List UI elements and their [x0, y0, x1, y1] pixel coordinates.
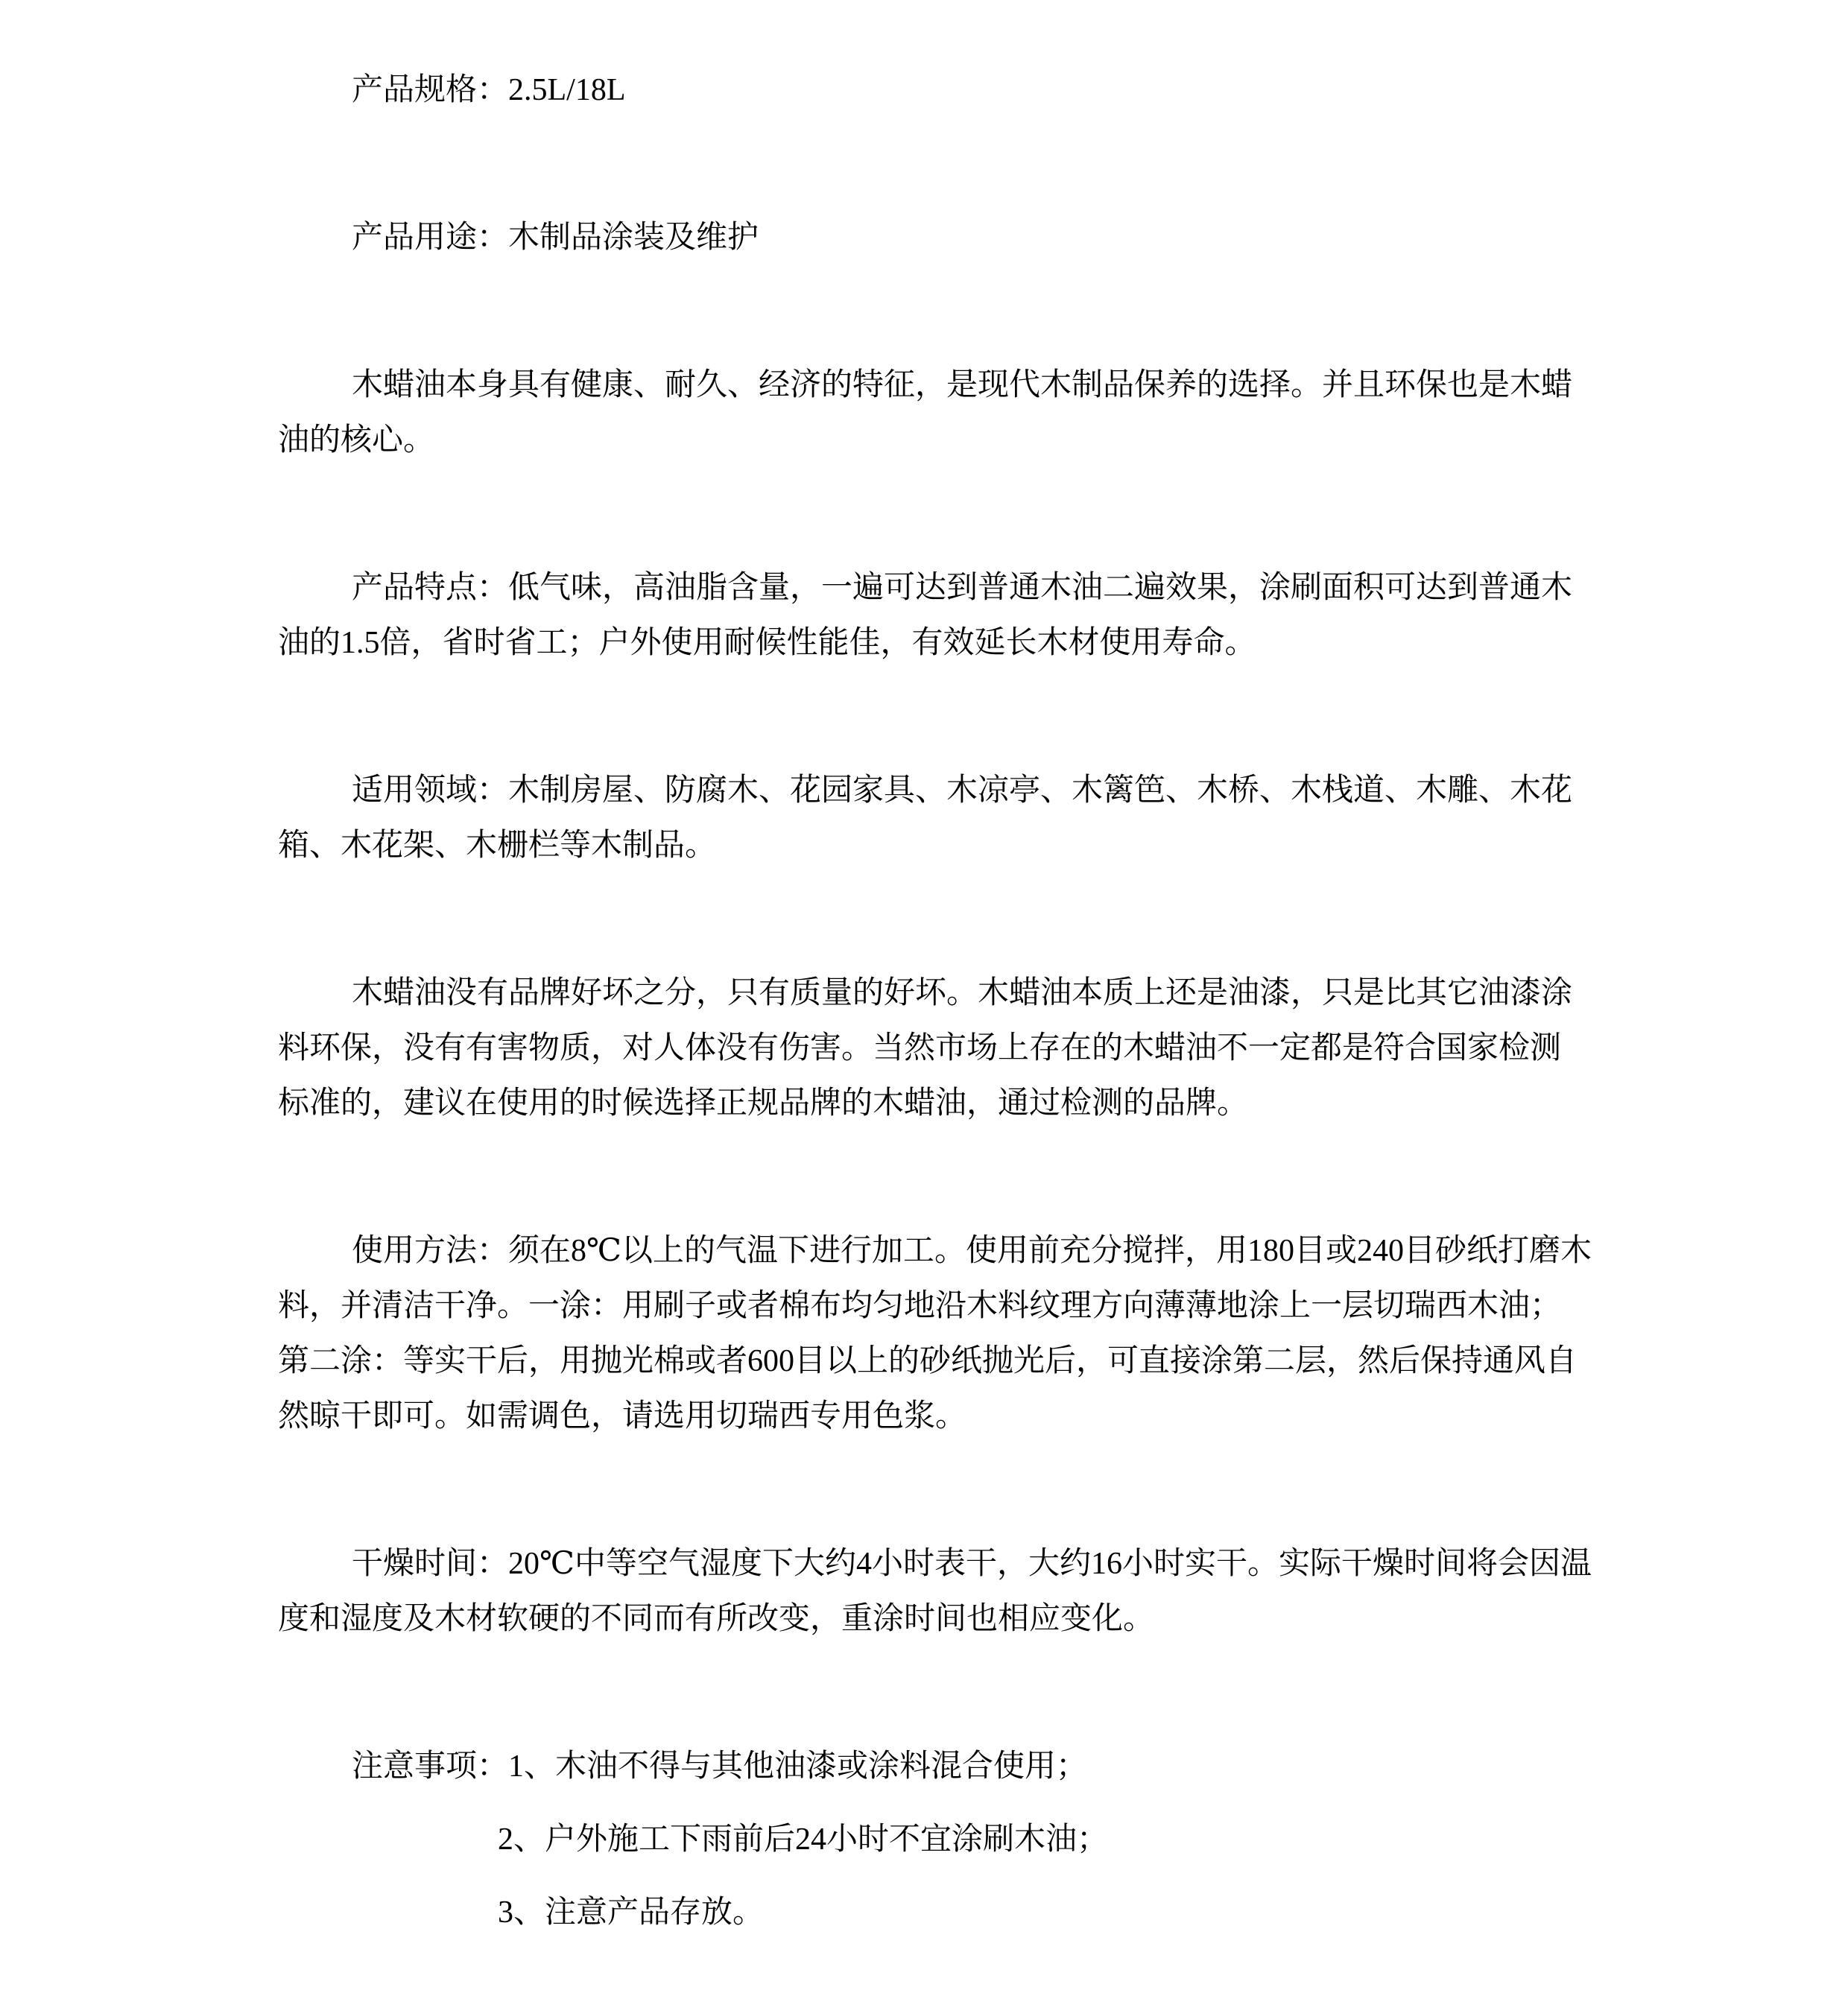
line-application-areas-2: 箱、木花架、木栅栏等木制品。 [278, 828, 716, 864]
line-brand-quality-3: 标准的，建议在使用的时候选择正规品牌的木蜡油，通过检测的品牌。 [278, 1086, 1248, 1121]
line-usage-method-3: 第二涂：等实干后，用抛光棉或者600目以上的砂纸抛光后，可直接涂第二层，然后保持… [278, 1343, 1577, 1379]
line-product-features-2: 油的1.5倍，省时省工；户外使用耐候性能佳，有效延长木材使用寿命。 [278, 625, 1256, 661]
line-intro-2: 油的核心。 [278, 422, 434, 458]
line-drying-time-2: 度和湿度及木材软硬的不同而有所改变，重涂时间也相应变化。 [278, 1601, 1154, 1637]
line-precautions-1: 注意事项：1、木油不得与其他油漆或涂料混合使用； [352, 1749, 1087, 1784]
line-usage-method-4: 然晾干即可。如需调色，请选用切瑞西专用色浆。 [278, 1398, 966, 1434]
line-drying-time-1: 干燥时间：20℃中等空气湿度下大约4小时表干，大约16小时实干。实际干燥时间将会… [352, 1546, 1592, 1582]
line-precautions-3: 3、注意产品存放。 [498, 1895, 764, 1930]
line-product-usage: 产品用途：木制品涂装及维护 [352, 220, 759, 256]
line-brand-quality-2: 料环保，没有有害物质，对人体没有伤害。当然市场上存在的木蜡油不一定都是符合国家检… [278, 1030, 1561, 1066]
line-usage-method-2: 料，并清洁干净。一涂：用刷子或者棉布均匀地沿木料纹理方向薄薄地涂上一层切瑞西木油… [278, 1288, 1561, 1324]
line-brand-quality-1: 木蜡油没有品牌好坏之分，只有质量的好坏。木蜡油本质上还是油漆，只是比其它油漆涂 [352, 975, 1572, 1011]
line-precautions-2: 2、户外施工下雨前后24小时不宜涂刷木油； [498, 1822, 1108, 1857]
line-product-features-1: 产品特点：低气味，高油脂含量，一遍可达到普通木油二遍效果，涂刷面积可达到普通木 [352, 570, 1572, 606]
line-usage-method-1: 使用方法：须在8℃以上的气温下进行加工。使用前充分搅拌，用180目或240目砂纸… [352, 1233, 1592, 1269]
line-intro-1: 木蜡油本身具有健康、耐久、经济的特征，是现代木制品保养的选择。并且环保也是木蜡 [352, 367, 1572, 403]
document-page: 产品规格：2.5L/18L 产品用途：木制品涂装及维护 木蜡油本身具有健康、耐久… [0, 0, 1848, 1993]
line-application-areas-1: 适用领域：木制房屋、防腐木、花园家具、木凉亭、木篱笆、木桥、木栈道、木雕、木花 [352, 773, 1572, 808]
line-product-spec: 产品规格：2.5L/18L [352, 72, 625, 108]
